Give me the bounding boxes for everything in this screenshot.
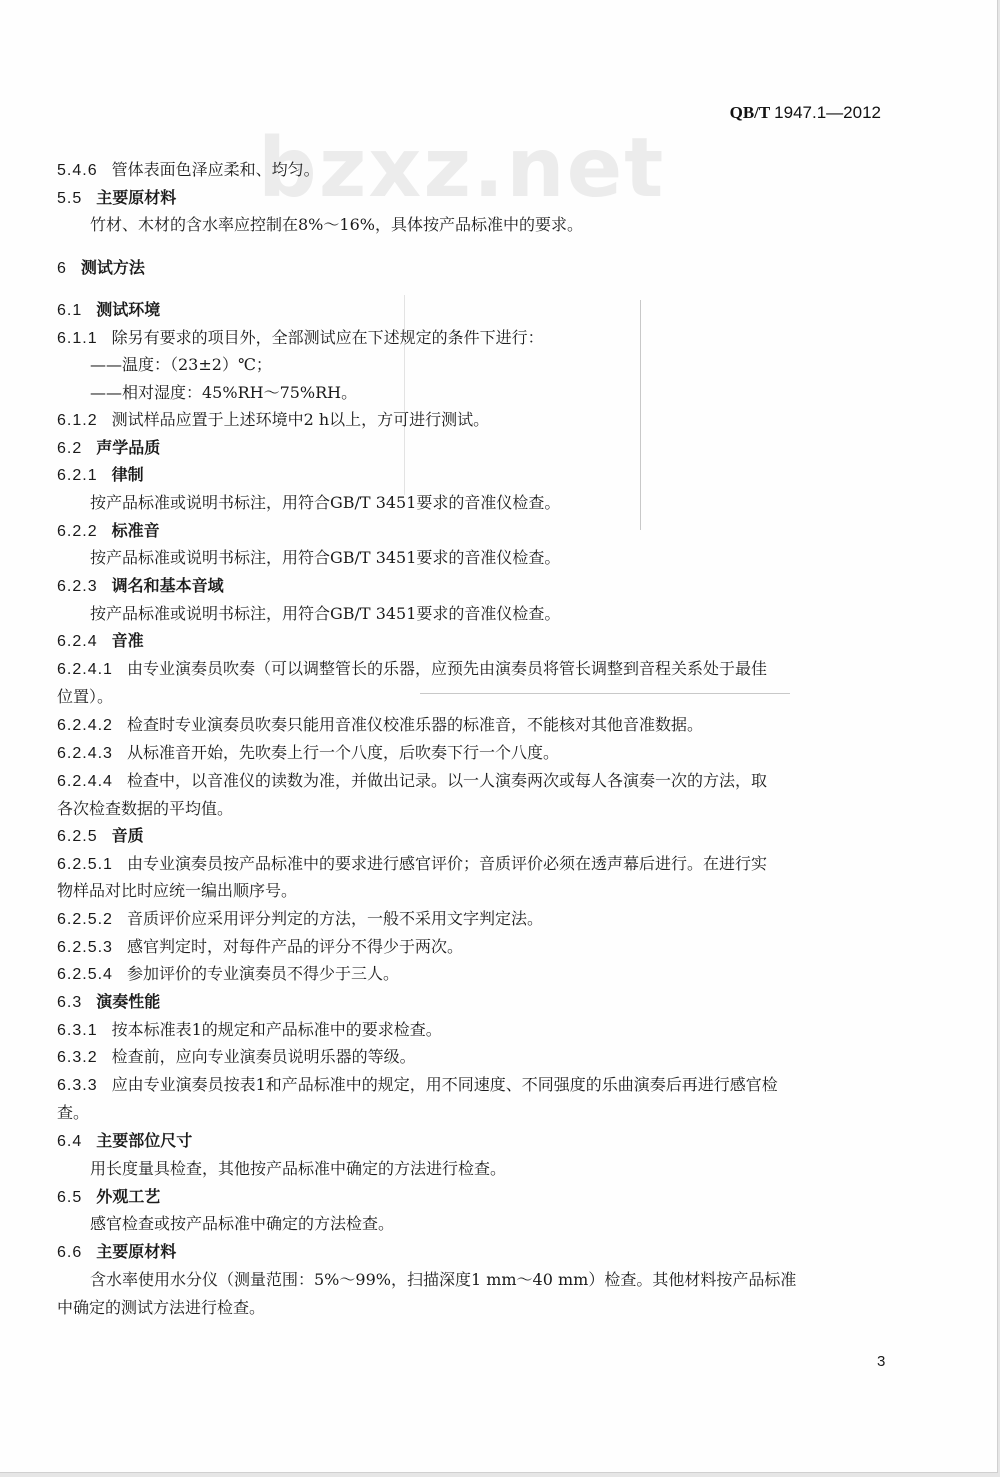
standard-prefix: QB/T bbox=[730, 103, 770, 122]
paragraph-text: 竹材、木材的含水率应控制在8%～16%，具体按产品标准中的要求。 bbox=[90, 215, 583, 234]
scan-artifact bbox=[404, 295, 405, 495]
clause-continuation: 物样品对比时应统一编出顺序号。 bbox=[57, 880, 297, 902]
clause-6-2-5-4: 6.2.5.4参加评价的专业演奏员不得少于三人。 bbox=[57, 963, 399, 986]
clause-5-4-6: 5.4.6管体表面色泽应柔和、均匀。 bbox=[57, 159, 320, 182]
section-number: 6.2.5.3 bbox=[57, 937, 113, 959]
section-number: 6.2.4.4 bbox=[57, 771, 113, 793]
paragraph-text: 含水率使用水分仪（测量范围：5%～99%，扫描深度1 mm～40 mm）检查。其… bbox=[90, 1270, 796, 1289]
heading-text: 律制 bbox=[112, 465, 144, 484]
section-number: 6.2.5 bbox=[57, 826, 98, 848]
chapter-title: 测试方法 bbox=[81, 258, 145, 277]
section-number: 6.2.4.3 bbox=[57, 743, 113, 765]
clause-text: 管体表面色泽应柔和、均匀。 bbox=[112, 160, 320, 179]
clause-text: 从标准音开始，先吹奏上行一个八度，后吹奏下行一个八度。 bbox=[127, 743, 559, 762]
paragraph: 用长度量具检查，其他按产品标准中确定的方法进行检查。 bbox=[90, 1158, 506, 1180]
section-number: 6.6 bbox=[57, 1242, 82, 1264]
section-number: 5.5 bbox=[57, 188, 82, 210]
standard-code: QB/T 1947.1—2012 bbox=[730, 103, 881, 123]
section-number: 6.2.4.1 bbox=[57, 659, 113, 681]
clause-text: 应由专业演奏员按表1和产品标准中的规定，用不同速度、不同强度的乐曲演奏后再进行感… bbox=[112, 1075, 778, 1094]
heading-6-2-4: 6.2.4音准 bbox=[57, 630, 144, 653]
clause-text: 音质评价应采用评分判定的方法，一般不采用文字判定法。 bbox=[127, 909, 543, 928]
continuation-text: 各次检查数据的平均值。 bbox=[57, 799, 233, 818]
list-text: ——温度：（23±2）℃； bbox=[90, 355, 272, 374]
clause-6-1-1: 6.1.1除另有要求的项目外，全部测试应在下述规定的条件下进行： bbox=[57, 327, 544, 350]
scan-artifact bbox=[640, 300, 641, 530]
heading-text: 演奏性能 bbox=[96, 992, 160, 1011]
document-page: bzxz.net QB/T 1947.1—2012 5.4.6管体表面色泽应柔和… bbox=[0, 0, 998, 1473]
section-number: 6.2.4 bbox=[57, 631, 98, 653]
heading-text: 主要原材料 bbox=[96, 188, 176, 207]
section-number: 6.1 bbox=[57, 300, 82, 322]
chapter-6: 6测试方法 bbox=[57, 257, 145, 280]
section-number: 6.2.2 bbox=[57, 521, 98, 543]
clause-continuation: 位置）。 bbox=[57, 686, 113, 708]
clause-text: 感官判定时，对每件产品的评分不得少于两次。 bbox=[127, 937, 463, 956]
section-number: 6.5 bbox=[57, 1187, 82, 1209]
heading-6-6: 6.6主要原材料 bbox=[57, 1241, 176, 1264]
heading-6-1: 6.1测试环境 bbox=[57, 299, 160, 322]
section-number: 6.3.2 bbox=[57, 1047, 98, 1069]
heading-6-2-2: 6.2.2标准音 bbox=[57, 520, 160, 543]
list-item-temperature: ——温度：（23±2）℃； bbox=[90, 354, 272, 376]
page-number: 3 bbox=[877, 1353, 885, 1370]
clause-6-1-2: 6.1.2测试样品应置于上述环境中2 h以上，方可进行测试。 bbox=[57, 409, 489, 432]
clause-6-2-5-1: 6.2.5.1由专业演奏员按产品标准中的要求进行感官评价；音质评价必须在透声幕后… bbox=[57, 853, 767, 876]
clause-6-2-5-2: 6.2.5.2音质评价应采用评分判定的方法，一般不采用文字判定法。 bbox=[57, 908, 543, 931]
section-number: 6.3.1 bbox=[57, 1020, 98, 1042]
paragraph: 竹材、木材的含水率应控制在8%～16%，具体按产品标准中的要求。 bbox=[90, 214, 583, 236]
clause-continuation: 各次检查数据的平均值。 bbox=[57, 798, 233, 820]
paragraph-text: 按产品标准或说明书标注，用符合GB/T 3451要求的音准仪检查。 bbox=[90, 548, 560, 567]
section-number: 6.1.2 bbox=[57, 410, 98, 432]
heading-text: 标准音 bbox=[112, 521, 160, 540]
heading-text: 外观工艺 bbox=[96, 1187, 160, 1206]
paragraph: 按产品标准或说明书标注，用符合GB/T 3451要求的音准仪检查。 bbox=[90, 603, 560, 625]
heading-6-5: 6.5外观工艺 bbox=[57, 1186, 160, 1209]
heading-6-4: 6.4主要部位尺寸 bbox=[57, 1130, 192, 1153]
section-number: 6.2.5.1 bbox=[57, 854, 113, 876]
clause-text: 检查前，应向专业演奏员说明乐器的等级。 bbox=[112, 1047, 416, 1066]
section-number: 6.2.5.4 bbox=[57, 964, 113, 986]
section-number: 6 bbox=[57, 258, 67, 280]
heading-text: 主要部位尺寸 bbox=[96, 1131, 192, 1150]
heading-text: 测试环境 bbox=[96, 300, 160, 319]
paragraph-text: 按产品标准或说明书标注，用符合GB/T 3451要求的音准仪检查。 bbox=[90, 604, 560, 623]
clause-text: 按本标准表1的规定和产品标准中的要求检查。 bbox=[112, 1020, 442, 1039]
heading-6-2-1: 6.2.1律制 bbox=[57, 464, 144, 487]
clause-continuation: 查。 bbox=[57, 1102, 89, 1124]
continuation-text: 物样品对比时应统一编出顺序号。 bbox=[57, 881, 297, 900]
continuation-text: 查。 bbox=[57, 1103, 89, 1122]
heading-6-3: 6.3演奏性能 bbox=[57, 991, 160, 1014]
heading-text: 主要原材料 bbox=[96, 1242, 176, 1261]
heading-6-2: 6.2声学品质 bbox=[57, 437, 160, 460]
clause-text: 由专业演奏员按产品标准中的要求进行感官评价；音质评价必须在透声幕后进行。在进行实 bbox=[127, 854, 767, 873]
heading-text: 音质 bbox=[112, 826, 144, 845]
scan-artifact bbox=[420, 693, 790, 694]
clause-text: 测试样品应置于上述环境中2 h以上，方可进行测试。 bbox=[112, 410, 490, 429]
clause-6-3-1: 6.3.1按本标准表1的规定和产品标准中的要求检查。 bbox=[57, 1019, 442, 1042]
clause-6-2-4-3: 6.2.4.3从标准音开始，先吹奏上行一个八度，后吹奏下行一个八度。 bbox=[57, 742, 559, 765]
heading-6-2-5: 6.2.5音质 bbox=[57, 825, 144, 848]
continuation-text: 位置）。 bbox=[57, 687, 113, 706]
section-number: 6.2.3 bbox=[57, 576, 98, 598]
continuation-text: 中确定的测试方法进行检查。 bbox=[57, 1298, 265, 1317]
standard-number: 1947.1—2012 bbox=[774, 103, 881, 122]
section-number: 6.4 bbox=[57, 1131, 82, 1153]
section-number: 6.2.4.2 bbox=[57, 715, 113, 737]
heading-text: 音准 bbox=[112, 631, 144, 650]
list-item-humidity: ——相对湿度：45%RH～75%RH。 bbox=[90, 382, 357, 404]
heading-text: 调名和基本音域 bbox=[112, 576, 224, 595]
section-number: 6.1.1 bbox=[57, 328, 98, 350]
paragraph-continuation: 中确定的测试方法进行检查。 bbox=[57, 1297, 265, 1319]
clause-text: 检查时专业演奏员吹奏只能用音准仪校准乐器的标准音，不能核对其他音准数据。 bbox=[127, 715, 703, 734]
list-text: ——相对湿度：45%RH～75%RH。 bbox=[90, 383, 357, 402]
section-number: 6.2.1 bbox=[57, 465, 98, 487]
heading-6-2-3: 6.2.3调名和基本音域 bbox=[57, 575, 224, 598]
clause-6-2-4-1: 6.2.4.1由专业演奏员吹奏（可以调整管长的乐器，应预先由演奏员将管长调整到音… bbox=[57, 658, 767, 681]
clause-text: 参加评价的专业演奏员不得少于三人。 bbox=[127, 964, 399, 983]
heading-5-5: 5.5主要原材料 bbox=[57, 187, 176, 210]
paragraph-text: 按产品标准或说明书标注，用符合GB/T 3451要求的音准仪检查。 bbox=[90, 493, 560, 512]
clause-6-2-4-4: 6.2.4.4检查中，以音准仪的读数为准，并做出记录。以一人演奏两次或每人各演奏… bbox=[57, 770, 767, 793]
clause-text: 检查中，以音准仪的读数为准，并做出记录。以一人演奏两次或每人各演奏一次的方法，取 bbox=[127, 771, 767, 790]
paragraph: 按产品标准或说明书标注，用符合GB/T 3451要求的音准仪检查。 bbox=[90, 492, 560, 514]
paragraph-text: 用长度量具检查，其他按产品标准中确定的方法进行检查。 bbox=[90, 1159, 506, 1178]
clause-6-3-3: 6.3.3应由专业演奏员按表1和产品标准中的规定，用不同速度、不同强度的乐曲演奏… bbox=[57, 1074, 778, 1097]
paragraph: 感官检查或按产品标准中确定的方法检查。 bbox=[90, 1213, 394, 1235]
clause-text: 由专业演奏员吹奏（可以调整管长的乐器，应预先由演奏员将管长调整到音程关系处于最佳 bbox=[127, 659, 767, 678]
paragraph: 按产品标准或说明书标注，用符合GB/T 3451要求的音准仪检查。 bbox=[90, 547, 560, 569]
section-number: 6.3 bbox=[57, 992, 82, 1014]
paragraph: 含水率使用水分仪（测量范围：5%～99%，扫描深度1 mm～40 mm）检查。其… bbox=[90, 1269, 796, 1291]
section-number: 6.2.5.2 bbox=[57, 909, 113, 931]
heading-text: 声学品质 bbox=[96, 438, 160, 457]
section-number: 6.3.3 bbox=[57, 1075, 98, 1097]
section-number: 6.2 bbox=[57, 438, 82, 460]
paragraph-text: 感官检查或按产品标准中确定的方法检查。 bbox=[90, 1214, 394, 1233]
clause-6-2-5-3: 6.2.5.3感官判定时，对每件产品的评分不得少于两次。 bbox=[57, 936, 463, 959]
section-number: 5.4.6 bbox=[57, 160, 98, 182]
clause-6-2-4-2: 6.2.4.2检查时专业演奏员吹奏只能用音准仪校准乐器的标准音，不能核对其他音准… bbox=[57, 714, 703, 737]
clause-6-3-2: 6.3.2检查前，应向专业演奏员说明乐器的等级。 bbox=[57, 1046, 416, 1069]
clause-text: 除另有要求的项目外，全部测试应在下述规定的条件下进行： bbox=[112, 328, 544, 347]
